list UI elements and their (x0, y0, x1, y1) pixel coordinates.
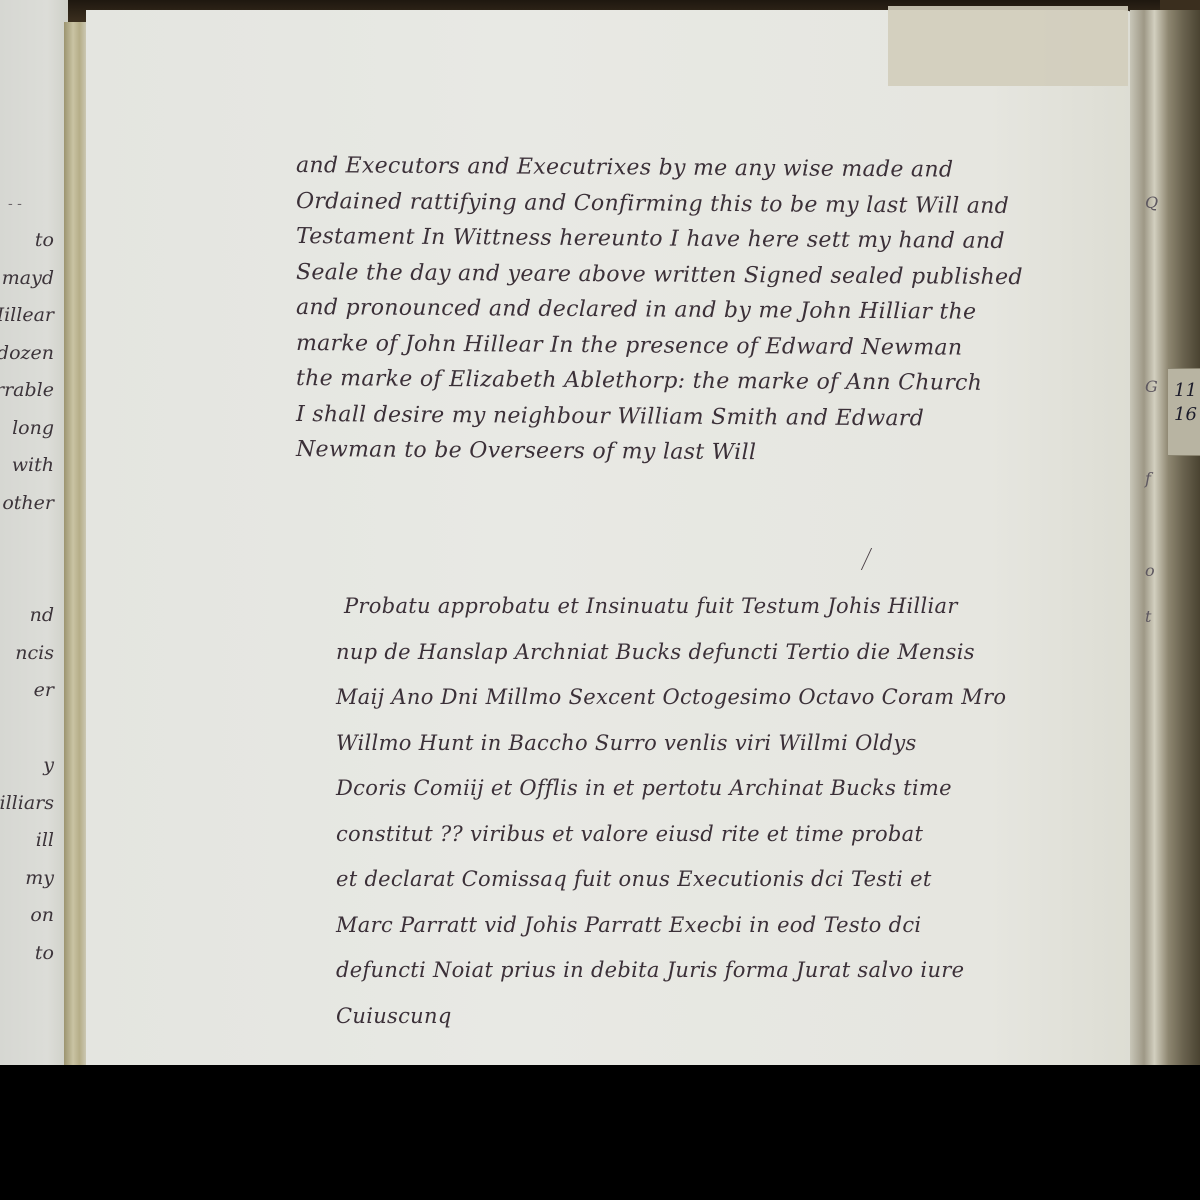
will-line: marke of John Hillear In the presence of… (296, 326, 1116, 367)
left-fragment (0, 522, 62, 560)
edge-letter: G (1145, 364, 1165, 410)
probate-line: et declarat Comissaq fuit onus Execution… (336, 857, 1136, 903)
manuscript-photo: - - to mayd Hillear dozen rrable long wi… (0, 0, 1200, 1065)
left-fragment (0, 560, 62, 598)
left-fragment: Hilliars (0, 785, 62, 823)
left-fragment: ncis (0, 635, 62, 673)
left-fragment: er (0, 672, 62, 710)
edge-letter: f (1145, 456, 1165, 502)
will-line: Testament In Wittness hereunto I have he… (296, 219, 1116, 260)
paper-stain (888, 6, 1128, 86)
probate-line: Willmo Hunt in Baccho Surro venlis viri … (336, 721, 1136, 767)
will-line: the marke of Elizabeth Ablethorp: the ma… (296, 361, 1116, 402)
left-fragment: with (0, 447, 62, 485)
probate-line: Dcoris Comiij et Offlis in et pertotu Ar… (336, 766, 1136, 812)
archive-label-tab: 11 16 (1168, 368, 1200, 456)
edge-letters: Q G f o t (1145, 180, 1165, 640)
left-page: - - to mayd Hillear dozen rrable long wi… (0, 0, 68, 1065)
letterbox-bar (0, 1065, 1200, 1200)
will-line: Seale the day and yeare above written Si… (296, 255, 1116, 296)
left-page-text-fragments: to mayd Hillear dozen rrable long with o… (0, 222, 62, 972)
will-line: and Executors and Executrixes by me any … (296, 148, 1116, 189)
left-fragment: rrable (0, 372, 62, 410)
will-line: I shall desire my neighbour William Smit… (296, 397, 1116, 438)
left-fragment: ill (0, 822, 62, 860)
left-fragment: nd (0, 597, 62, 635)
edge-letter (1145, 410, 1165, 456)
edge-letter: o (1145, 548, 1165, 594)
left-fragment: to (0, 935, 62, 973)
left-fragment: to (0, 222, 62, 260)
label-number: 16 (1174, 403, 1200, 427)
page-stack-edge (1130, 10, 1200, 1065)
left-fragment: on (0, 897, 62, 935)
probate-line: nup de Hanslap Archniat Bucks defuncti T… (336, 630, 1136, 676)
will-line: Ordained rattifying and Confirming this … (296, 184, 1116, 225)
left-fragment: long (0, 410, 62, 448)
will-line: and pronounced and declared in and by me… (296, 290, 1116, 331)
will-text: and Executors and Executrixes by me any … (296, 148, 1116, 468)
will-line: Newman to be Overseers of my last Will (296, 432, 1116, 473)
left-page-dash: - - (8, 196, 48, 212)
label-number: 11 (1174, 379, 1200, 403)
left-fragment: dozen (0, 335, 62, 373)
probate-line: Maij Ano Dni Millmo Sexcent Octogesimo O… (336, 675, 1136, 721)
edge-letter (1145, 226, 1165, 272)
edge-letter (1145, 502, 1165, 548)
probate-line: Cuiuscunq (336, 994, 1136, 1040)
probate-line: defuncti Noiat prius in debita Juris for… (336, 948, 1136, 994)
left-fragment: Hillear (0, 297, 62, 335)
left-fragment (0, 710, 62, 748)
edge-letter: t (1145, 594, 1165, 640)
left-fragment: my (0, 860, 62, 898)
probate-line: constitut ?? viribus et valore eiusd rit… (336, 812, 1136, 858)
edge-letter: Q (1145, 180, 1165, 226)
edge-letter (1145, 318, 1165, 364)
probate-line: Probatu approbatu et Insinuatu fuit Test… (336, 584, 1136, 630)
left-fragment: mayd (0, 260, 62, 298)
edge-letter (1145, 272, 1165, 318)
left-fragment: y (0, 747, 62, 785)
probate-text: Probatu approbatu et Insinuatu fuit Test… (336, 584, 1136, 1039)
probate-line: Marc Parratt vid Johis Parratt Execbi in… (336, 903, 1136, 949)
left-fragment: other (0, 485, 62, 523)
